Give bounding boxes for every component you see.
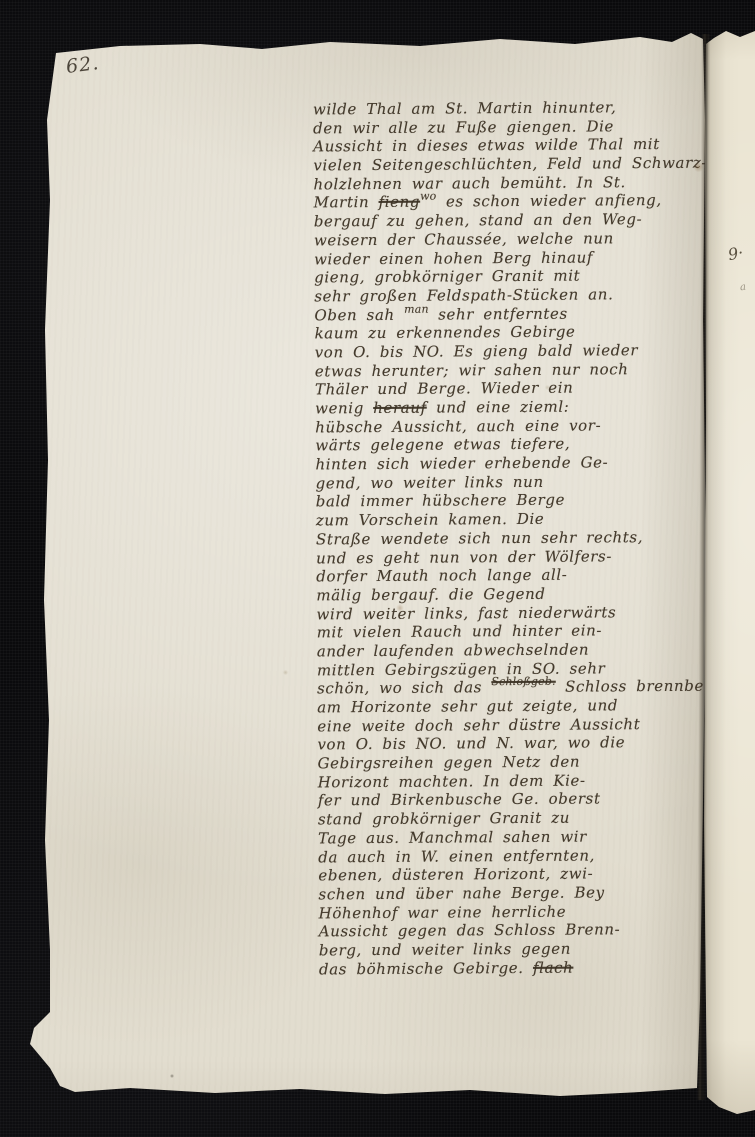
text-segment: Horizont machten. In dem Kie- [318, 771, 586, 791]
manuscript-line: vielen Seitengeschlüchten, Feld und Schw… [313, 154, 713, 175]
margin-note: 9· [726, 243, 744, 264]
text-segment: sehr entferntes [429, 304, 568, 323]
text-segment: wenig [315, 399, 373, 417]
text-segment: dorfer Mauth noch lange all- [316, 566, 567, 586]
text-segment: Straße wendete sich nun sehr rechts, [316, 528, 643, 548]
text-segment: gieng, grobkörniger Granit mit [314, 267, 580, 287]
text-segment: schön, wo sich das [317, 678, 491, 697]
text-segment: Aussicht gegen das Schloss Brenn- [319, 921, 621, 941]
struck-word: herauf [373, 399, 427, 417]
text-segment: es schon wieder anfieng, [436, 191, 661, 211]
text-segment: am Horizonte sehr gut zeigte, und [317, 696, 618, 716]
text-segment: hübsche Aussicht, auch eine vor- [315, 416, 601, 436]
text-segment: Gebirgsreihen gegen Netz den [318, 753, 581, 773]
text-segment: kaum zu erkennendes Gebirge [315, 323, 576, 343]
text-segment: bergauf zu gehen, stand an den Weg- [314, 210, 643, 230]
text-segment: weisern der Chaussée, welche nun [314, 229, 614, 249]
text-segment: Höhenhof war eine herrliche [319, 902, 567, 922]
text-segment: und es geht nun von der Wölfers- [316, 547, 612, 567]
text-segment: stand grobkörniger Granit zu [318, 809, 570, 829]
text-segment: berg, und weiter links gegen [319, 940, 571, 960]
text-segment: das böhmische Gebirge. [319, 959, 533, 978]
text-segment: mälig bergauf. die Gegend [316, 585, 545, 605]
text-segment: von O. bis NO. Es gieng bald wieder [315, 341, 639, 361]
inserted-word: man [404, 302, 429, 315]
text-segment: mit vielen Rauch und hinter ein- [317, 622, 603, 642]
text-segment: schen und über nahe Berge. Bey [318, 883, 604, 903]
text-segment: ebenen, düsteren Horizont, zwi- [318, 865, 593, 885]
text-segment: etwas herunter; wir sahen nur noch [315, 360, 629, 380]
text-segment: fer und Birkenbusche Ge. oberst [318, 790, 601, 810]
text-segment: gend, wo weiter links nun [316, 473, 544, 493]
page-number: 62. [65, 52, 101, 78]
text-segment: Aussicht in dieses etwas wilde Thal mit [313, 135, 660, 155]
text-segment: wilde Thal am St. Martin hinunter, [313, 98, 617, 118]
text-segment: Schloss brennberg [556, 677, 722, 696]
inserted-word: wo [420, 190, 437, 203]
manuscript-line: schön, wo sich das Schloßgeb. Schloss br… [317, 677, 717, 698]
text-segment: zum Vorschein kamen. Die [316, 510, 545, 530]
pen-flourish-mark [35, 41, 45, 47]
text-segment: Tage aus. Manchmal sahen wir [318, 827, 587, 847]
paper-stain [283, 670, 288, 675]
manuscript-line: das böhmische Gebirge. flach [319, 957, 719, 978]
struck-word: Schloßgeb. [491, 675, 555, 688]
manuscript-line: Martin fiengwo es schon wieder anfieng, [314, 191, 714, 212]
text-segment: ander laufenden abwechselnden [317, 640, 589, 660]
manuscript-text: wilde Thal am St. Martin hinunter,den wi… [313, 98, 719, 979]
manuscript-page: 62. wilde Thal am St. Martin hinunter,de… [0, 0, 755, 1137]
text-segment: vielen Seitengeschlüchten, Feld und Schw… [313, 154, 707, 175]
text-segment: holzlehnen war auch bemüht. In St. [313, 173, 625, 193]
text-segment: von O. bis NO. und N. war, wo die [317, 734, 625, 754]
text-segment: und eine zieml: [427, 398, 570, 417]
margin-note: a [739, 282, 746, 294]
struck-word: flach [533, 958, 573, 976]
text-segment: Martin [314, 193, 379, 211]
text-segment: Oben sah [314, 305, 404, 324]
text-segment: bald immer hübschere Berge [316, 491, 565, 511]
paper-stain [170, 1074, 174, 1078]
text-segment: da auch in W. einen entfernten, [318, 846, 595, 866]
text-segment: Thäler und Berge. Wieder ein [315, 379, 574, 399]
paper-stain [545, 385, 550, 390]
text-segment: sehr großen Feldspath-Stücken an. [314, 285, 613, 305]
struck-word: fieng [379, 193, 421, 211]
text-segment: wärts gelegene etwas tiefere, [315, 435, 570, 455]
text-segment: hinten sich wieder erhebende Ge- [315, 453, 608, 473]
text-segment: wieder einen hohen Berg hinauf [314, 248, 593, 268]
paper-stain [396, 604, 404, 612]
scan-background: 62. wilde Thal am St. Martin hinunter,de… [0, 0, 755, 1137]
text-segment: mittlen Gebirgszügen in SO. sehr [317, 659, 606, 679]
text-segment: wird weiter links, fast niederwärts [316, 603, 616, 623]
text-segment: den wir alle zu Fuße giengen. Die [313, 117, 614, 137]
text-segment: eine weite doch sehr düstre Aussicht [317, 715, 640, 735]
